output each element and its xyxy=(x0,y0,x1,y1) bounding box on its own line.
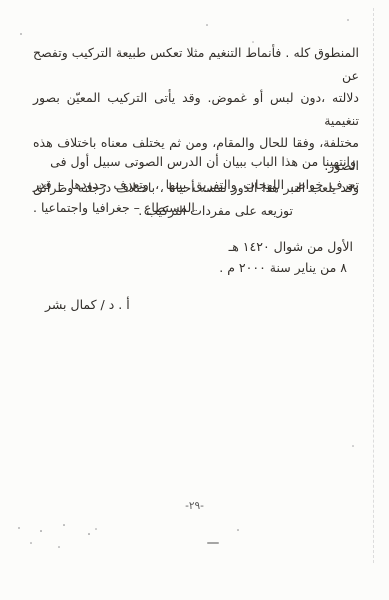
scan-speck xyxy=(206,24,208,26)
scan-speck xyxy=(88,533,90,535)
scan-speck xyxy=(63,524,65,526)
scan-speck xyxy=(40,530,42,532)
scan-speck xyxy=(237,529,239,531)
scan-smudge xyxy=(207,542,219,544)
scan-speck xyxy=(252,41,254,43)
paragraph-2: وانتهينا من هذا الباب ببيان أن الدرس الص… xyxy=(33,150,359,219)
scan-speck xyxy=(95,528,97,530)
scan-edge-dotted-line xyxy=(373,8,374,563)
scan-speck xyxy=(30,542,32,544)
scan-speck xyxy=(352,445,354,447)
page-number: -٢٩- xyxy=(0,500,389,512)
body-line: دلالته ،دون لبس أو غموض. وقد يأتى التركي… xyxy=(33,87,359,132)
scanned-book-page: المنطوق كله . فأنماط التنغيم مثلا تعكس ط… xyxy=(0,0,389,600)
author-signature: أ . د / كمال بشر xyxy=(45,295,130,315)
scan-speck xyxy=(20,33,22,35)
body-line: المنطوق كله . فأنماط التنغيم مثلا تعكس ط… xyxy=(33,42,359,87)
body-line: وانتهينا من هذا الباب ببيان أن الدرس الص… xyxy=(33,150,356,173)
body-line: تعرف خواص اللهجات والتفريق بينها ، وتعرف… xyxy=(33,173,359,196)
gregorian-date: ٨ من يناير سنة ٢٠٠٠ م . xyxy=(219,258,353,279)
scan-speck xyxy=(347,19,349,21)
scan-speck xyxy=(58,546,60,548)
hijri-date: الأول من شوال ١٤٢٠ هـ xyxy=(219,237,353,258)
scan-speck xyxy=(18,527,20,529)
body-line: المستطاع – جغرافيا واجتماعيا . xyxy=(33,196,359,219)
date-block: الأول من شوال ١٤٢٠ هـ ٨ من يناير سنة ٢٠٠… xyxy=(219,237,353,278)
